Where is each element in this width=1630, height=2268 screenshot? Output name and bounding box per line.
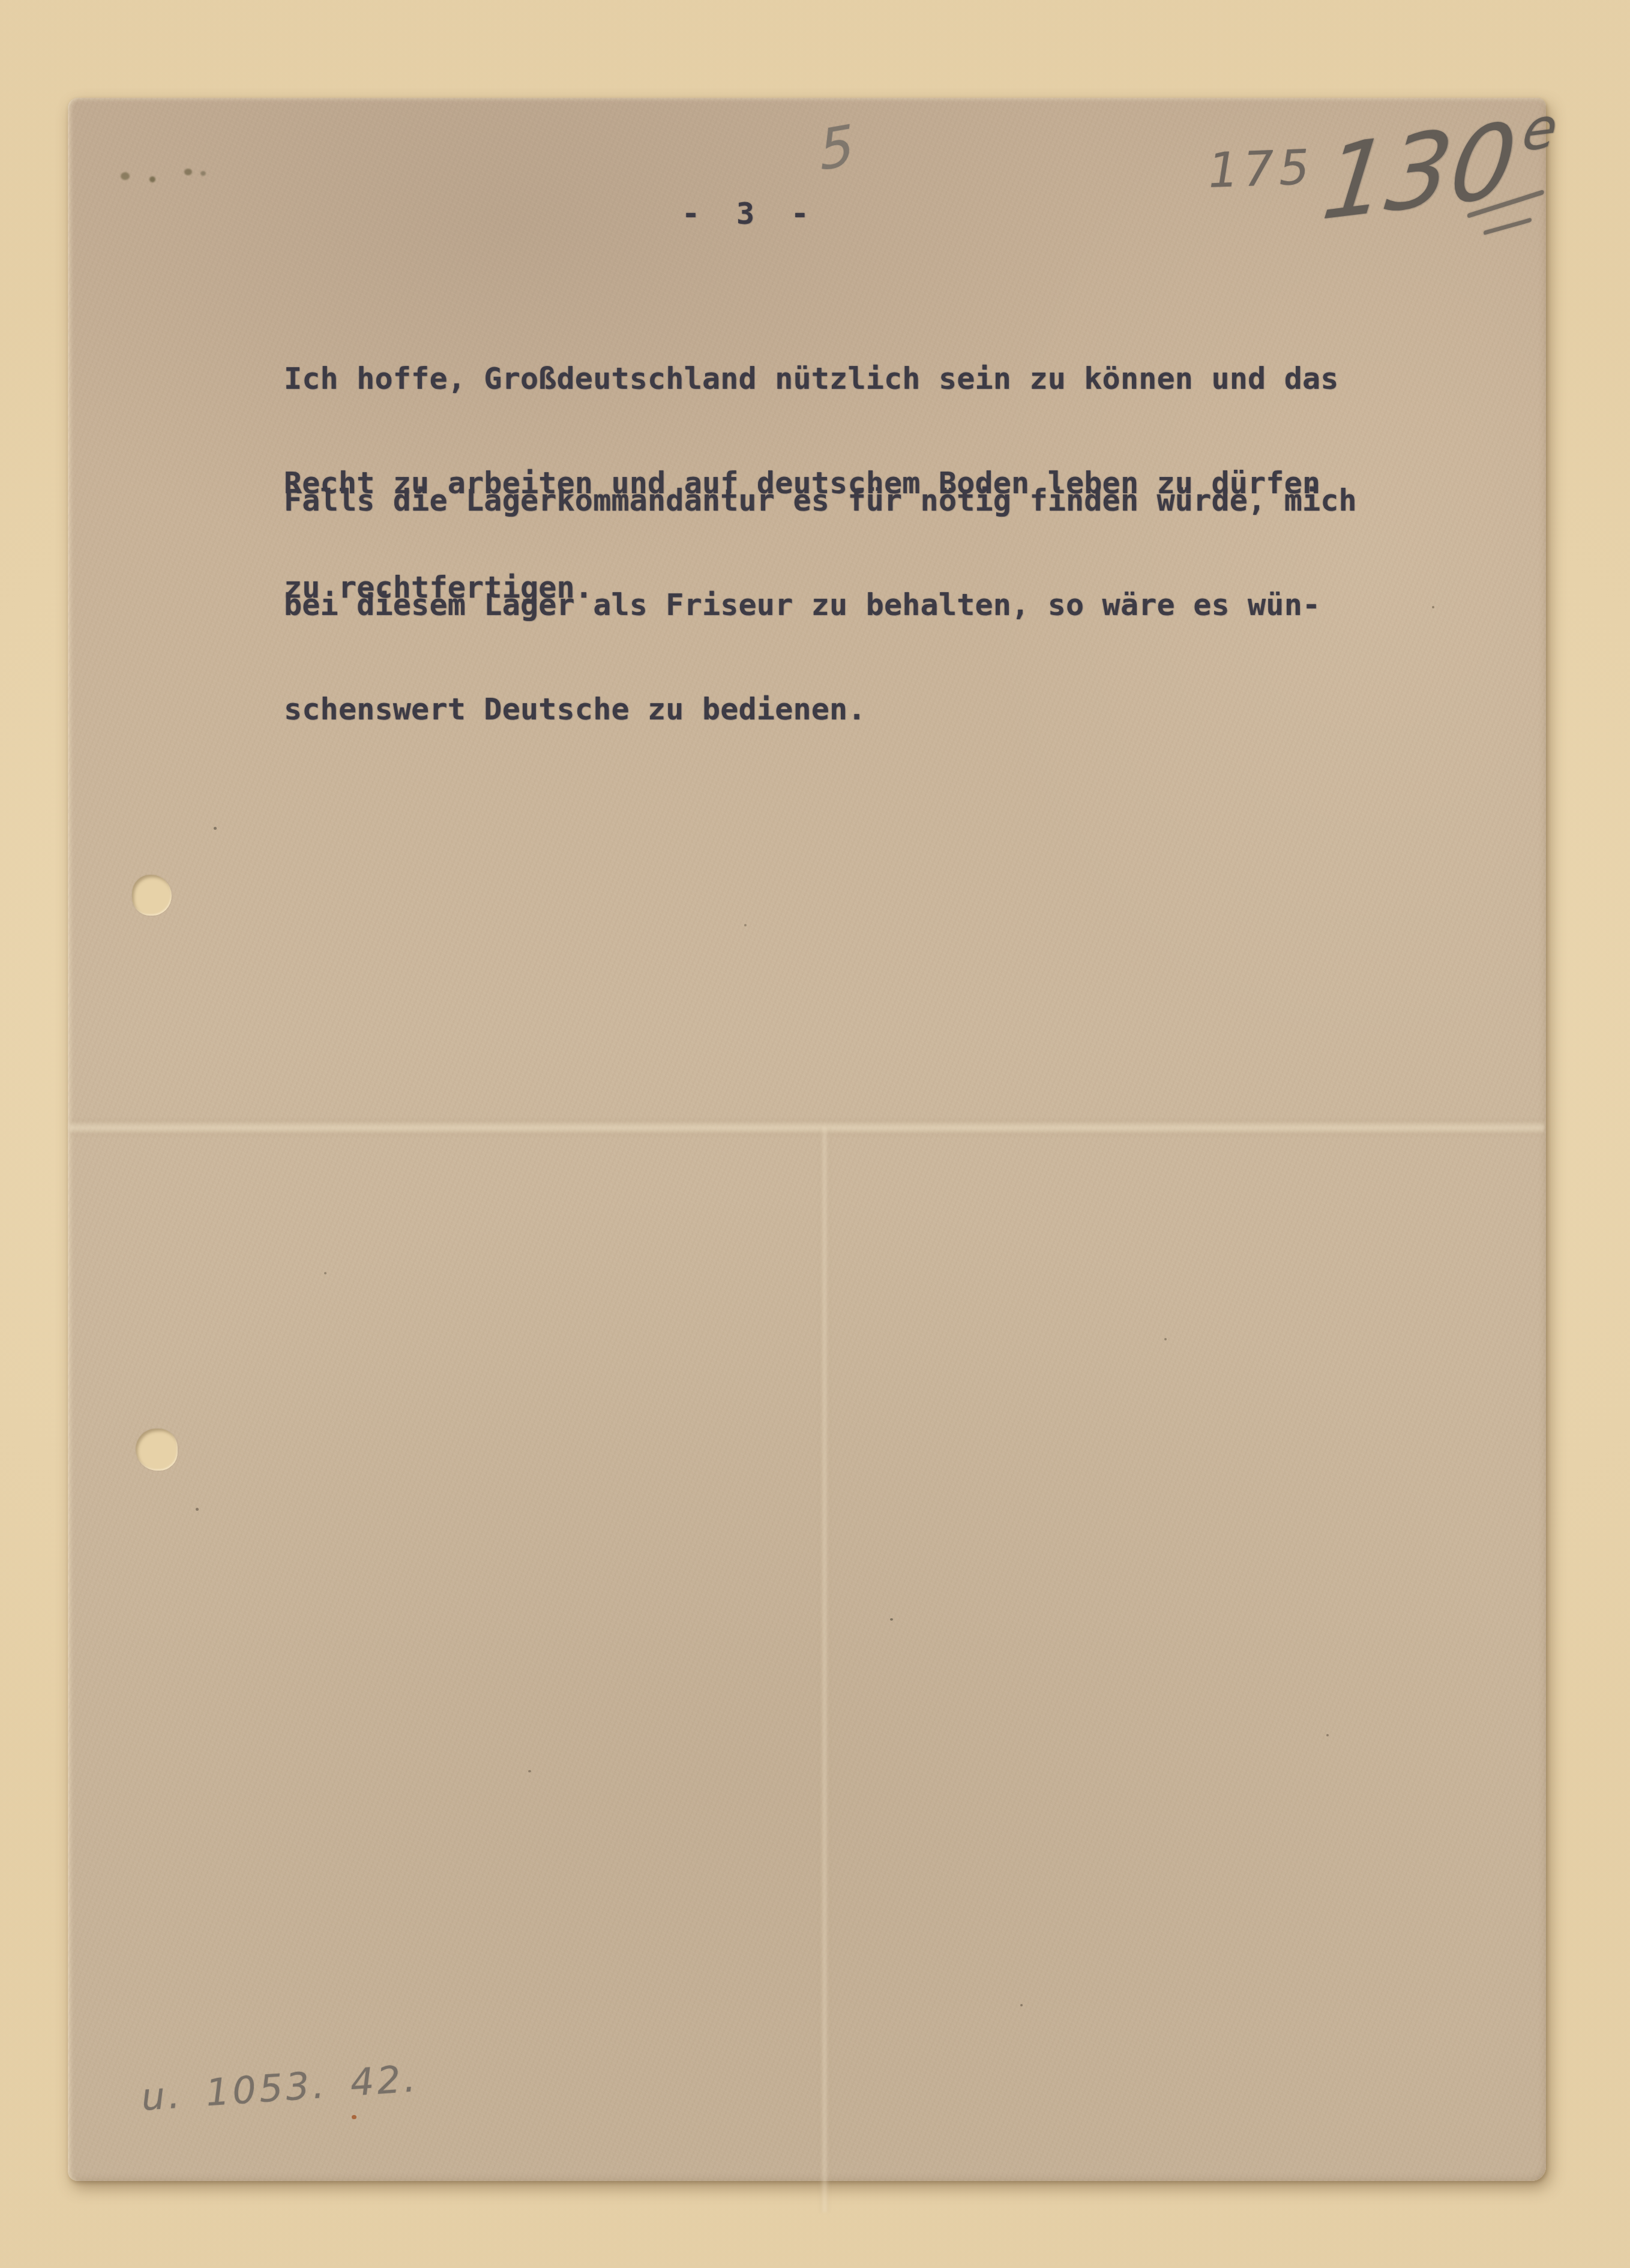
- punch-hole: [136, 1429, 178, 1471]
- pencil-reference-number: u. 1053. 42.: [140, 2056, 420, 2119]
- paragraph-2-line-3: schenswert Deutsche zu bedienen.: [284, 692, 1357, 727]
- dust-speck: [196, 1508, 199, 1511]
- pencil-archive-number-suffix: e: [1519, 94, 1561, 164]
- paragraph-2-line-1: Falls die Lagerkommandantur es für nötig…: [284, 483, 1357, 518]
- paragraph-1-line-1: Ich hoffe, Großdeutschland nützlich sein…: [284, 361, 1339, 396]
- dust-speck: [1164, 1338, 1167, 1340]
- red-dust-speck: [352, 2115, 356, 2119]
- page-number: - 3 -: [682, 196, 809, 231]
- dust-speck: [214, 827, 217, 830]
- dust-speck: [324, 1272, 326, 1274]
- dust-speck: [1326, 1734, 1329, 1736]
- stain-speck: [200, 171, 206, 176]
- vertical-fold-crease: [820, 1127, 829, 2212]
- horizontal-fold-crease: [69, 1120, 1544, 1135]
- pencil-archive-number-digits: 130: [1317, 100, 1523, 244]
- dust-speck: [744, 924, 747, 926]
- document-page: 5 175 130e - 3 - Ich hoffe, Großdeutschl…: [68, 98, 1546, 2181]
- paragraph-2: Falls die Lagerkommandantur es für nötig…: [284, 413, 1357, 796]
- dust-speck: [528, 1770, 531, 1772]
- dust-speck: [1020, 2004, 1023, 2006]
- stain-speck: [149, 176, 155, 182]
- stain-speck: [121, 172, 130, 180]
- stain-speck: [184, 169, 192, 175]
- pencil-folio-number: 175: [1207, 139, 1315, 199]
- pencil-mark-five: 5: [817, 113, 856, 183]
- paragraph-2-line-2: bei diesem Lager als Friseur zu behalten…: [284, 587, 1357, 622]
- scan-mat-background: 5 175 130e - 3 - Ich hoffe, Großdeutschl…: [0, 0, 1630, 2268]
- pencil-archive-number: 130e: [1317, 100, 1560, 235]
- dust-speck: [1432, 606, 1434, 608]
- punch-hole: [132, 875, 172, 916]
- dust-speck: [890, 1618, 893, 1621]
